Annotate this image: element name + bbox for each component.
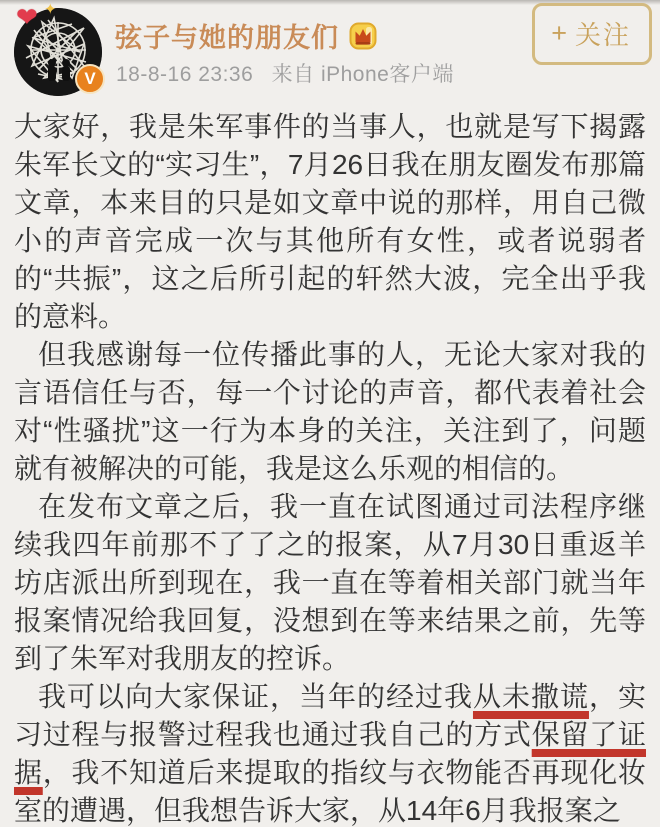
post-paragraph: 但我感谢每一位传播此事的人，无论大家对我的言语信任与否，每一个讨论的声音，都代表… xyxy=(14,336,646,488)
follow-button[interactable]: + 关注 xyxy=(532,3,652,65)
post-paragraph: 大家好，我是朱军事件的当事人，也就是写下揭露朱军长文的“实习生”，7月26日我在… xyxy=(14,108,646,336)
post-body: 大家好，我是朱军事件的当事人，也就是写下揭露朱军长文的“实习生”，7月26日我在… xyxy=(0,100,660,827)
post-paragraph: 我可以向大家保证，当年的经过我从未撒谎，实习过程与报警过程我也通过我自己的方式保… xyxy=(14,678,646,827)
avatar[interactable]: ❤ ✦ V xyxy=(14,8,102,96)
post-source[interactable]: 来自 iPhone客户端 xyxy=(272,63,454,86)
post-text-segment: 大家好，我是朱军事件的当事人，也就是写下揭露朱军长文的“实习生”，7月26日我在… xyxy=(14,111,646,332)
post-text-segment: 在发布文章之后，我一直在试图通过司法程序继续我四年前那不了了之的报案，从7月30… xyxy=(14,491,646,674)
post-header: ❤ ✦ V 弦子与她的朋友们 18-8-16 23:36 来自 iPhone客户… xyxy=(0,0,660,100)
post-text-segment: 我可以向大家保证，当年的经过我 xyxy=(38,681,473,712)
weibo-post-card: ❤ ✦ V 弦子与她的朋友们 18-8-16 23:36 来自 iPhone客户… xyxy=(0,0,660,827)
sparkle-icon: ✦ xyxy=(44,2,57,17)
red-underline-annotation: 从未撒谎 xyxy=(473,681,589,712)
follow-label: 关注 xyxy=(575,15,631,52)
post-meta: 18-8-16 23:36 来自 iPhone客户端 xyxy=(116,58,454,88)
verified-badge-icon: V xyxy=(75,64,105,94)
username[interactable]: 弦子与她的朋友们 xyxy=(115,16,339,55)
heart-icon: ❤ xyxy=(16,4,38,30)
post-paragraph: 在发布文章之后，我一直在试图通过司法程序继续我四年前那不了了之的报案，从7月30… xyxy=(14,488,646,678)
post-time: 18-8-16 23:36 xyxy=(116,63,253,86)
plus-icon: + xyxy=(551,18,567,49)
post-text-segment: 但我感谢每一位传播此事的人，无论大家对我的言语信任与否，每一个讨论的声音，都代表… xyxy=(14,339,646,484)
crown-icon xyxy=(348,21,378,51)
name-row: 弦子与她的朋友们 xyxy=(115,16,378,55)
post-text-segment: ，我不知道后来提取的指纹与衣物能否再现化妆室的遭遇，但我想告诉大家，从14年6月… xyxy=(14,757,646,826)
